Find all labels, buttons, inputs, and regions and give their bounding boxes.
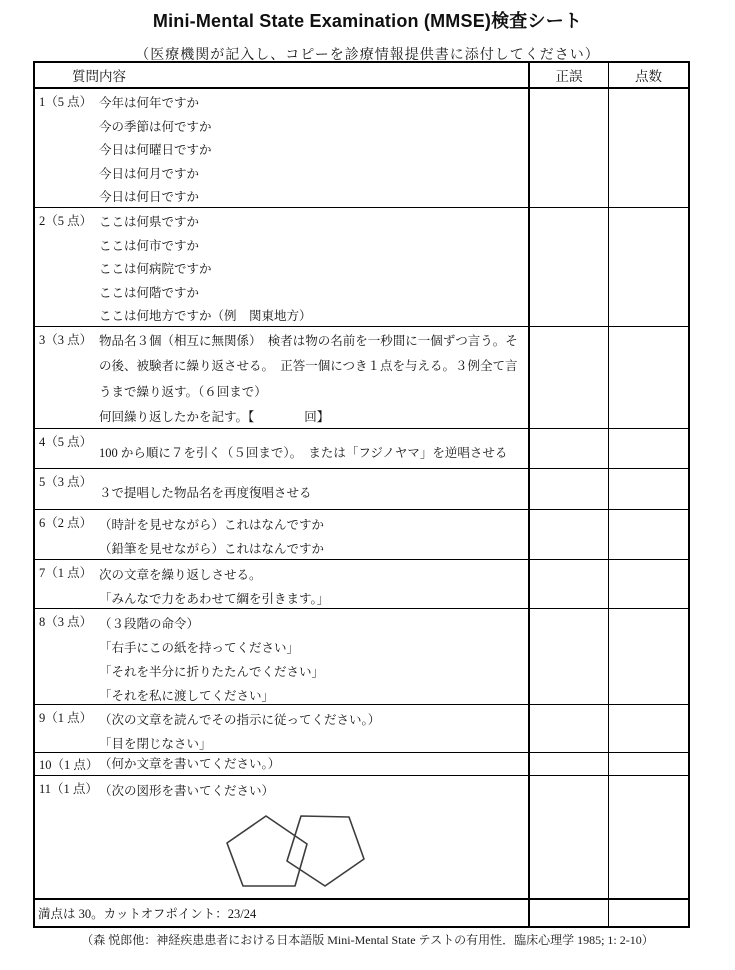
- question-line: 100 から順に７を引く（５回まで）。 または「フジノヤマ」を逆唱させる: [99, 441, 507, 465]
- mmse-table: 質問内容 正誤 点数 1（5 点） 今年は何年ですか 今の季節は何ですか 今日は…: [33, 61, 690, 928]
- table-row: 10（1 点） （何か文章を書いてください。）: [35, 753, 688, 776]
- correct-cell: [530, 753, 609, 775]
- row-label: 4（5 点）: [35, 429, 99, 450]
- question-line: 次の文章を繰り返しさせる。: [99, 563, 329, 587]
- score-cell: [609, 900, 688, 926]
- question-line: ここは何地方ですか（例 関東地方）: [99, 305, 312, 326]
- score-cell: [609, 208, 688, 326]
- table-row: 3（3 点） 物品名３個（相互に無関係） 検者は物の名前を一秒間に一個ずつ言う。…: [35, 327, 688, 429]
- table-row: 1（5 点） 今年は何年ですか 今の季節は何ですか 今日は何曜日ですか 今日は何…: [35, 89, 688, 208]
- score-cell: [609, 89, 688, 207]
- correct-cell: [530, 429, 609, 468]
- citation: （森 悦郎他：神経疾患患者における日本語版 Mini-Mental State …: [0, 931, 735, 948]
- table-row: 7（1 点） 次の文章を繰り返しさせる。 「みんなで力をあわせて綱を引きます。」: [35, 560, 688, 609]
- question-line: 今日は何日ですか: [99, 186, 212, 207]
- score-cell: [609, 510, 688, 559]
- correct-cell: [530, 510, 609, 559]
- score-cell: [609, 560, 688, 608]
- question-line: （何か文章を書いてください。）: [99, 755, 280, 773]
- question-line: 今の季節は何ですか: [99, 116, 212, 140]
- row-label: 3（3 点）: [35, 327, 99, 348]
- question-line: の後、被験者に繰り返させる。 正答一個につき１点を与える。３例全て言: [99, 354, 518, 379]
- question-line: 物品名３個（相互に無関係） 検者は物の名前を一秒間に一個ずつ言う。そ: [99, 329, 518, 354]
- row-label: 1（5 点）: [35, 89, 99, 110]
- correct-cell: [530, 609, 609, 704]
- row-label: 11（1 点）: [35, 776, 99, 797]
- page-title: Mini-Mental State Examination (MMSE)検査シー…: [0, 0, 735, 33]
- question-line: 今日は何曜日ですか: [99, 139, 212, 163]
- row-label: 6（2 点）: [35, 510, 99, 531]
- score-cell: [609, 776, 688, 898]
- score-cell: [609, 469, 688, 509]
- score-cell: [609, 705, 688, 752]
- score-cell: [609, 753, 688, 775]
- correct-cell: [530, 89, 609, 207]
- question-line: 今日は何月ですか: [99, 163, 212, 187]
- table-header-row: 質問内容 正誤 点数: [35, 63, 688, 89]
- question-line: ここは何市ですか: [99, 235, 312, 259]
- question-line: 「それを半分に折りたたんでください」: [99, 660, 324, 684]
- correct-cell: [530, 469, 609, 509]
- question-line: 「みんなで力をあわせて綱を引きます。」: [99, 587, 329, 608]
- interlocking-pentagons-figure: [225, 808, 371, 898]
- row-label: 5（3 点）: [35, 469, 99, 490]
- question-line: 今年は何年ですか: [99, 92, 212, 116]
- question-line: （次の文章を読んでその指示に従ってください。）: [99, 708, 380, 732]
- header-score: 点数: [609, 63, 688, 87]
- correct-cell: [530, 705, 609, 752]
- question-line: （次の図形を書いてください）: [99, 779, 274, 803]
- question-line: 「右手にこの紙を持ってください」: [99, 636, 324, 660]
- correct-cell: [530, 327, 609, 428]
- header-question: 質問内容: [35, 63, 530, 87]
- correct-cell: [530, 900, 609, 926]
- max-score-note: 満点は 30。カットオフポイント：23/24: [35, 900, 530, 926]
- question-line: 何回繰り返したかを記す。【 回】: [99, 405, 518, 428]
- question-line: 「目を閉じなさい」: [99, 732, 380, 752]
- question-line: （鉛筆を見せながら）これはなんですか: [99, 537, 324, 559]
- question-line: （３段階の命令）: [99, 612, 324, 636]
- score-cell: [609, 327, 688, 428]
- row-label: 9（1 点）: [35, 705, 99, 726]
- correct-cell: [530, 208, 609, 326]
- table-row: 5（3 点） ３で提唱した物品名を再度復唱させる: [35, 469, 688, 510]
- question-line: ３で提唱した物品名を再度復唱させる: [99, 481, 312, 505]
- score-cell: [609, 609, 688, 704]
- mmse-sheet-page: Mini-Mental State Examination (MMSE)検査シー…: [0, 0, 735, 970]
- table-row: 2（5 点） ここは何県ですか ここは何市ですか ここは何病院ですか ここは何階…: [35, 208, 688, 327]
- table-row: 9（1 点） （次の文章を読んでその指示に従ってください。） 「目を閉じなさい」: [35, 705, 688, 753]
- table-row: 4（5 点） 100 から順に７を引く（５回まで）。 または「フジノヤマ」を逆唱…: [35, 429, 688, 469]
- table-row: 8（3 点） （３段階の命令） 「右手にこの紙を持ってください」 「それを半分に…: [35, 609, 688, 705]
- table-footer-row: 満点は 30。カットオフポイント：23/24: [35, 900, 688, 926]
- row-label: 7（1 点）: [35, 560, 99, 581]
- question-line: 「それを私に渡してください」: [99, 684, 324, 704]
- row-label: 2（5 点）: [35, 208, 99, 229]
- correct-cell: [530, 776, 609, 898]
- header-correct: 正誤: [530, 63, 609, 87]
- row-label: 10（1 点）: [35, 753, 99, 773]
- question-line: ここは何県ですか: [99, 211, 312, 235]
- question-line: ここは何階ですか: [99, 282, 312, 306]
- table-row: 6（2 点） （時計を見せながら）これはなんですか （鉛筆を見せながら）これはな…: [35, 510, 688, 560]
- row-label: 8（3 点）: [35, 609, 99, 630]
- question-line: ここは何病院ですか: [99, 258, 312, 282]
- score-cell: [609, 429, 688, 468]
- question-line: うまで繰り返す。（６回まで）: [99, 380, 518, 405]
- question-line: （時計を見せながら）これはなんですか: [99, 513, 324, 537]
- table-row: 11（1 点） （次の図形を書いてください）: [35, 776, 688, 900]
- correct-cell: [530, 560, 609, 608]
